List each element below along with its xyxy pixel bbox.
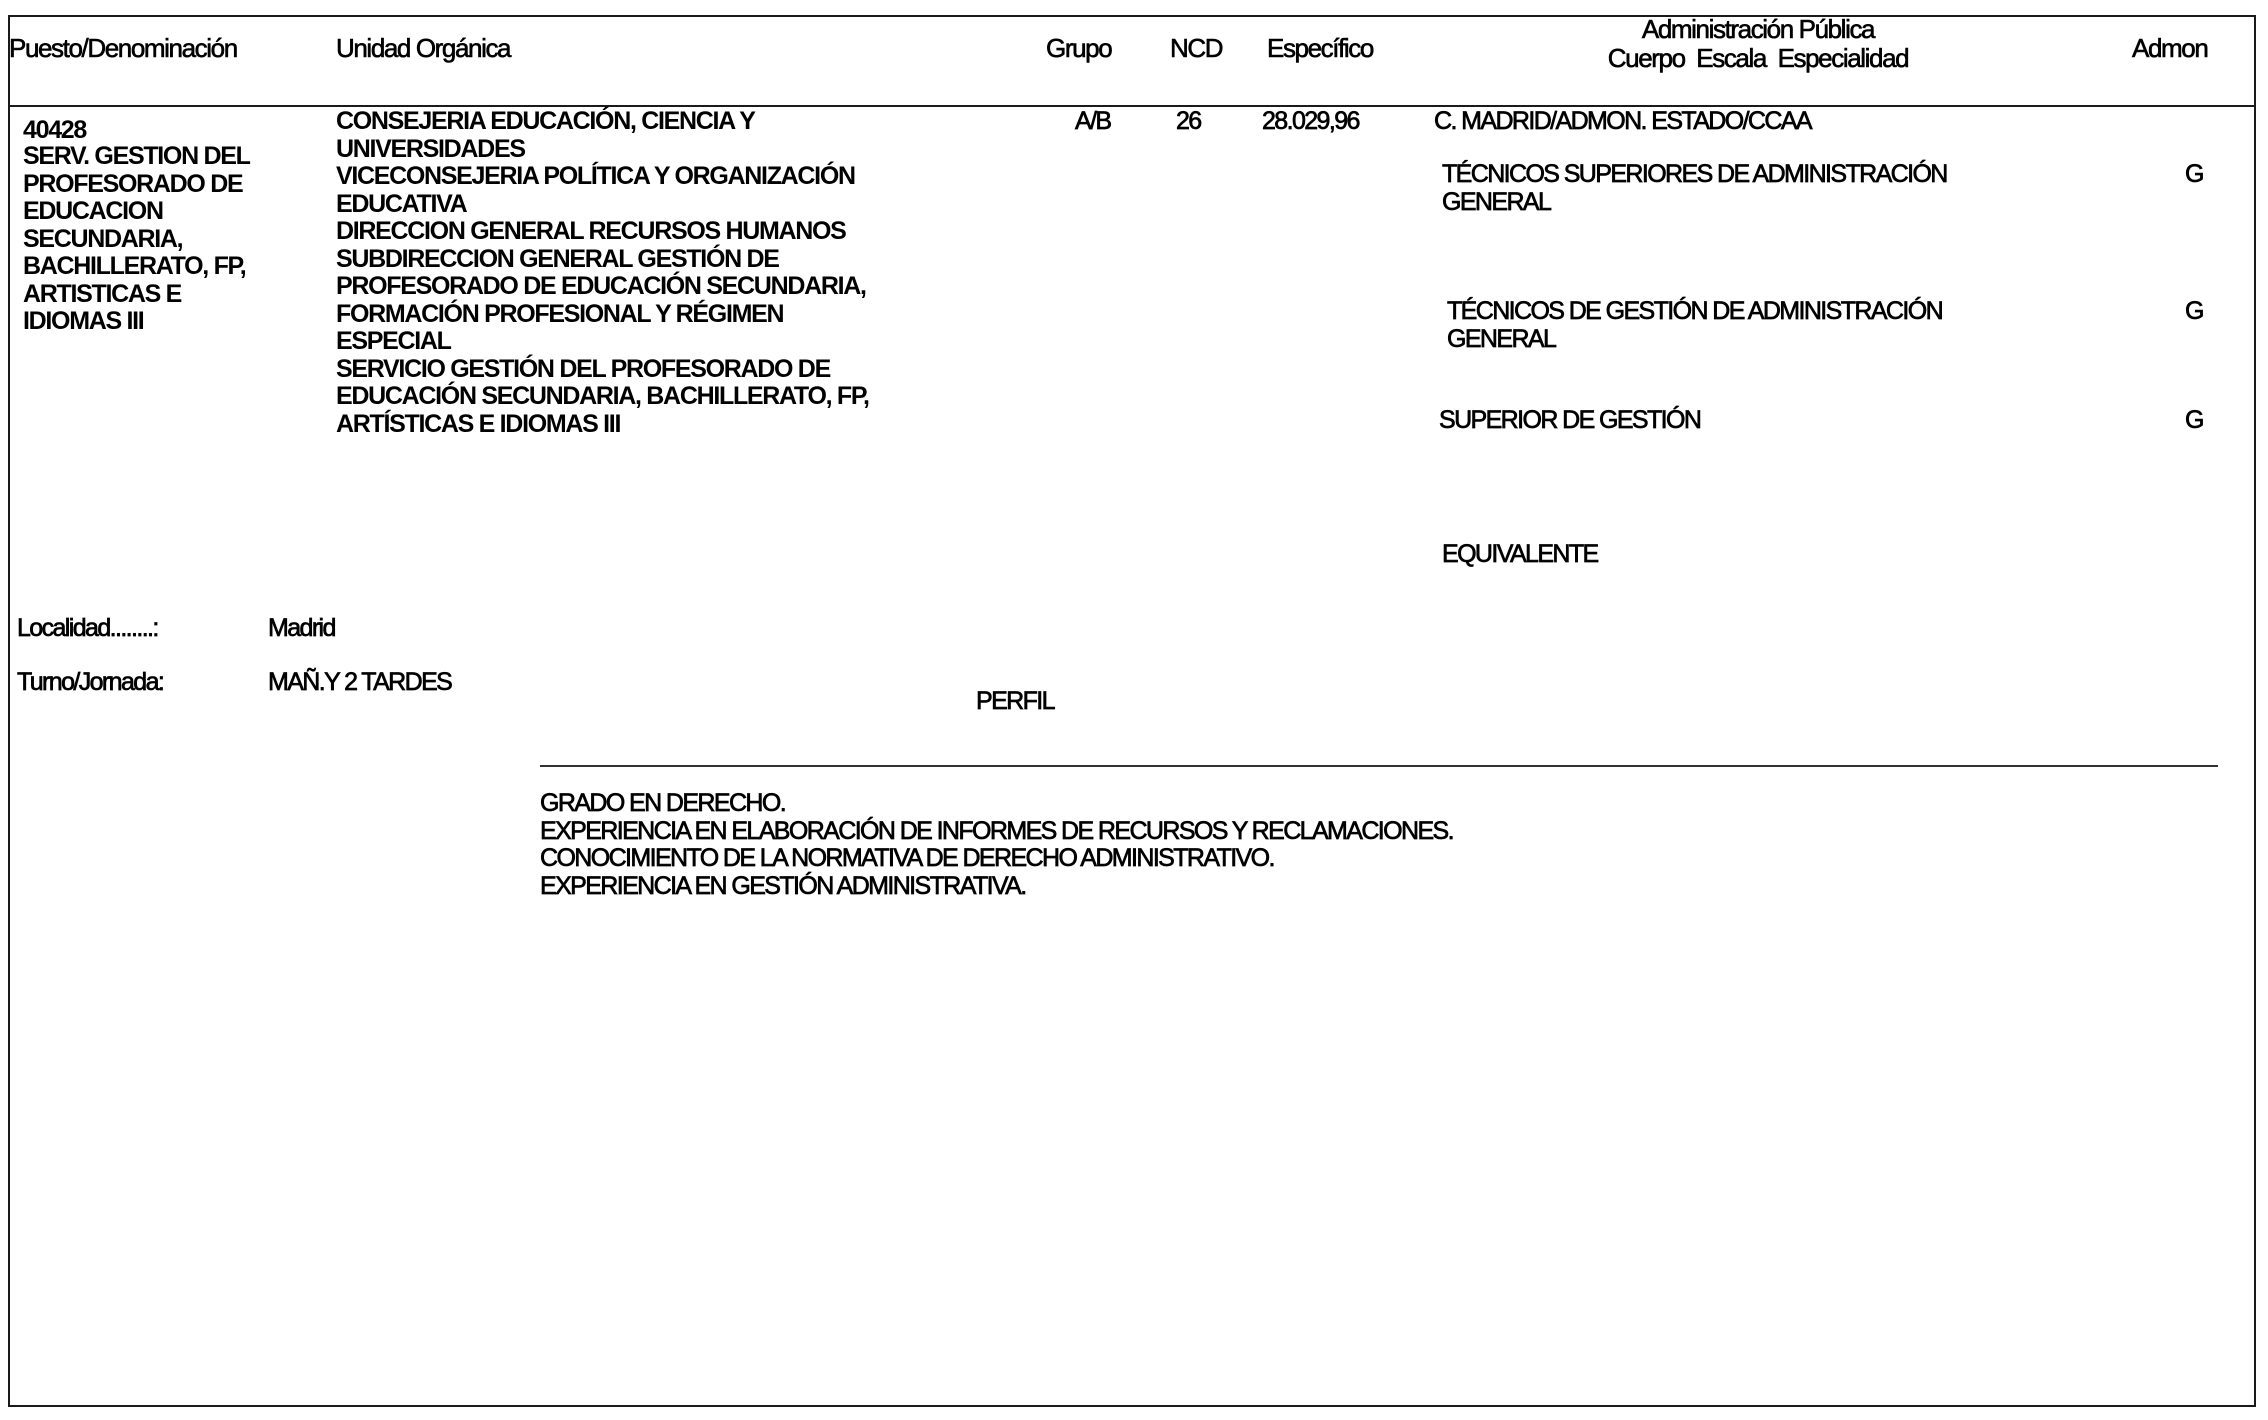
ncd-value: 26 <box>1176 108 1201 136</box>
unidad-line: DIRECCION GENERAL RECURSOS HUMANOS <box>336 218 869 246</box>
perfil-requirements: GRADO EN DERECHO. EXPERIENCIA EN ELABORA… <box>540 790 1453 900</box>
cuerpo-equivalente: EQUIVALENTE <box>1442 541 1598 569</box>
turno-label: Turno/Jornada: <box>17 669 163 697</box>
denominacion-line: EDUCACION <box>23 198 250 226</box>
perfil-line: GRADO EN DERECHO. <box>540 790 1453 818</box>
header-grupo: Grupo <box>1046 33 1111 64</box>
denominacion-line: SERV. GESTION DEL <box>23 143 250 171</box>
especifico-value: 28.029,96 <box>1262 108 1359 136</box>
unidad-organica: CONSEJERIA EDUCACIÓN, CIENCIA YUNIVERSID… <box>336 108 869 438</box>
header-especifico: Específico <box>1267 33 1373 64</box>
unidad-line: SERVICIO GESTIÓN DEL PROFESORADO DE <box>336 356 869 384</box>
cuerpo-line: GENERAL <box>1442 189 1947 217</box>
header-unidad: Unidad Orgánica <box>336 33 510 64</box>
denominacion-line: BACHILLERATO, FP, <box>23 253 250 281</box>
unidad-line: UNIVERSIDADES <box>336 136 869 164</box>
cuerpo-line: TÉCNICOS DE GESTIÓN DE ADMINISTRACIÓN <box>1447 298 1942 326</box>
denominacion-line: PROFESORADO DE <box>23 171 250 199</box>
denominacion-line: SECUNDARIA, <box>23 226 250 254</box>
header-adm-publica-line2: Cuerpo Escala Especialidad <box>1508 43 2008 74</box>
unidad-line: EDUCATIVA <box>336 191 869 219</box>
unidad-line: ESPECIAL <box>336 328 869 356</box>
grupo-value: A/B <box>1075 108 1111 136</box>
unidad-line: PROFESORADO DE EDUCACIÓN SECUNDARIA, <box>336 273 869 301</box>
header-adm-publica-line1: Administración Pública <box>1508 14 2008 45</box>
cuerpo-admon-1: G <box>2185 161 2203 189</box>
unidad-line: SUBDIRECCION GENERAL GESTIÓN DE <box>336 246 869 274</box>
denominacion-line: ARTISTICAS E <box>23 281 250 309</box>
administracion-value: C. MADRID/ADMON. ESTADO/CCAA <box>1434 108 1811 136</box>
localidad-value: Madrid <box>268 615 335 643</box>
unidad-line: ARTÍSTICAS E IDIOMAS III <box>336 411 869 439</box>
cuerpo-tecnicos-superiores: TÉCNICOS SUPERIORES DE ADMINISTRACIÓN GE… <box>1442 161 1947 216</box>
turno-value: MAÑ.Y 2 TARDES <box>268 669 451 697</box>
perfil-divider <box>540 765 2218 767</box>
perfil-title: PERFIL <box>976 688 1054 716</box>
header-puesto: Puesto/Denominación <box>9 33 237 64</box>
unidad-line: VICECONSEJERIA POLÍTICA Y ORGANIZACIÓN <box>336 163 869 191</box>
cuerpo-admon-3: G <box>2185 407 2203 435</box>
localidad-label: Localidad........: <box>17 615 158 643</box>
cuerpo-superior-gestion: SUPERIOR DE GESTIÓN <box>1439 407 1700 435</box>
perfil-line: EXPERIENCIA EN GESTIÓN ADMINISTRATIVA. <box>540 873 1453 901</box>
cuerpo-tecnicos-gestion: TÉCNICOS DE GESTIÓN DE ADMINISTRACIÓN GE… <box>1447 298 1942 353</box>
unidad-line: FORMACIÓN PROFESIONAL Y RÉGIMEN <box>336 301 869 329</box>
puesto-codigo: 40428 <box>23 117 86 145</box>
cuerpo-line: GENERAL <box>1447 326 1942 354</box>
unidad-line: CONSEJERIA EDUCACIÓN, CIENCIA Y <box>336 108 869 136</box>
perfil-line: EXPERIENCIA EN ELABORACIÓN DE INFORMES D… <box>540 818 1453 846</box>
denominacion-line: IDIOMAS III <box>23 308 250 336</box>
header-admon: Admon <box>2132 33 2207 64</box>
puesto-denominacion: SERV. GESTION DELPROFESORADO DEEDUCACION… <box>23 143 250 336</box>
unidad-line: EDUCACIÓN SECUNDARIA, BACHILLERATO, FP, <box>336 383 869 411</box>
header-ncd: NCD <box>1170 33 1222 64</box>
cuerpo-admon-2: G <box>2185 298 2203 326</box>
cuerpo-line: TÉCNICOS SUPERIORES DE ADMINISTRACIÓN <box>1442 161 1947 189</box>
perfil-line: CONOCIMIENTO DE LA NORMATIVA DE DERECHO … <box>540 845 1453 873</box>
